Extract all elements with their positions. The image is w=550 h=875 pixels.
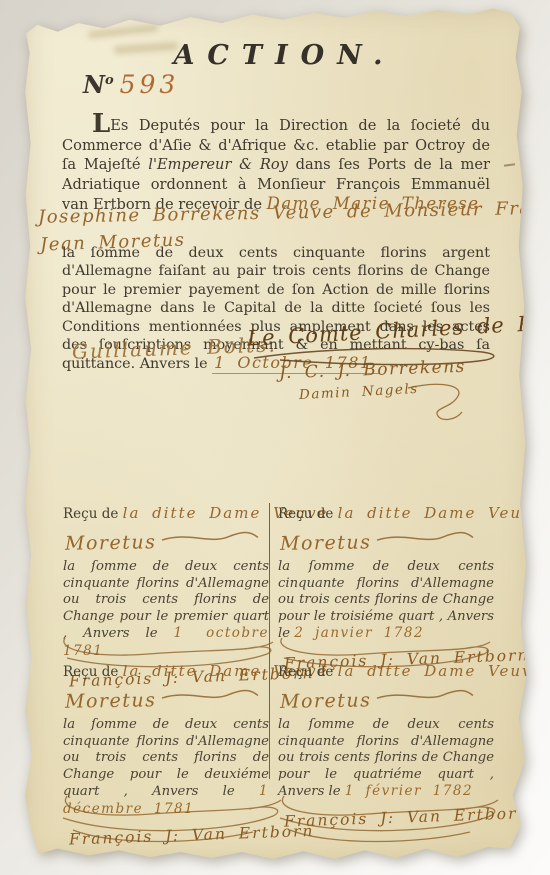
recu-line: Reçu de la ditte Dame Veuve — [63, 662, 269, 680]
handwritten-payer-name: Moretus — [280, 528, 494, 555]
receipt-quadrant-1: Reçu de la ditte Dame Veuve Moretus la ſ… — [63, 504, 269, 687]
dropcap-letter: L — [92, 109, 110, 139]
paragraph1-italic-phrase: l'Empereur & Roy — [148, 156, 288, 173]
receipt-quadrant-3: Reçu de la ditte Dame Veuve Moretus la ſ… — [63, 662, 269, 845]
receipt-body: la ſomme de deux cents cinquante florins… — [278, 717, 494, 801]
handwritten-payer: la ditte Dame Veuve — [338, 662, 544, 680]
handwritten-receipt-date: 2 janvier 1782 — [294, 625, 424, 641]
swash-flourish — [160, 686, 260, 704]
number-value-handwritten: 593 — [120, 70, 180, 99]
receipt-quadrant-4: Reçu de la ditte Dame Veuve Moretus la ſ… — [278, 662, 494, 827]
receipt-quadrant-2: Reçu de la ditte Dame Veuve Moretus la ſ… — [278, 504, 494, 669]
handwritten-payer: la ditte Dame Veuve — [338, 504, 544, 522]
receipt-signature: François J: Van Ertborn — [284, 805, 495, 830]
number-label: N — [83, 70, 105, 99]
paper-shadow-wrap: ACTION. No593 LEs Deputés pour la Direct… — [22, 6, 534, 864]
handwritten-payer-name: Moretus — [280, 686, 494, 713]
recu-line: Reçu de la ditte Dame Veuve — [63, 504, 269, 522]
receipt-body: la ſomme de deux cents cinquante florins… — [63, 559, 269, 661]
document-title: ACTION. — [22, 40, 534, 71]
receipt-body-text: la ſomme de deux cents cinquante florins… — [63, 717, 269, 799]
handwritten-payer-name: Moretus — [65, 528, 269, 555]
handwritten-receipt-date: 1 février 1782 — [345, 783, 473, 799]
number-sup: o — [105, 73, 114, 88]
receipts-column-divider — [269, 503, 270, 779]
recu-label: Reçu de — [63, 506, 118, 522]
scan-background: ACTION. No593 LEs Deputés pour la Direct… — [0, 0, 550, 875]
signature-nagels: Damin Nagels — [299, 381, 419, 403]
payer-name-text: Moretus — [280, 689, 372, 713]
receipt-signature: François J: Van Ertborn — [69, 823, 270, 848]
recu-label: Reçu de — [278, 664, 333, 680]
recu-line: Reçu de la ditte Dame Veuve — [278, 504, 494, 522]
swash-flourish — [375, 528, 475, 546]
swash-flourish — [375, 686, 475, 704]
payer-name-text: Moretus — [65, 531, 157, 555]
pen-mark — [504, 163, 515, 167]
payer-name-text: Moretus — [65, 689, 157, 713]
document-number: No593 — [83, 70, 179, 99]
recu-line: Reçu de la ditte Dame Veuve — [278, 662, 494, 680]
handwritten-payer-name: Moretus — [65, 686, 269, 713]
document-paper: ACTION. No593 LEs Deputés pour la Direct… — [22, 6, 534, 864]
recu-label: Reçu de — [63, 664, 118, 680]
receipt-body: la ſomme de deux cents cinquante florins… — [278, 559, 494, 643]
swash-flourish — [160, 528, 260, 546]
payer-name-text: Moretus — [280, 531, 372, 555]
receipt-body: la ſomme de deux cents cinquante florins… — [63, 717, 269, 819]
recu-label: Reçu de — [278, 506, 333, 522]
